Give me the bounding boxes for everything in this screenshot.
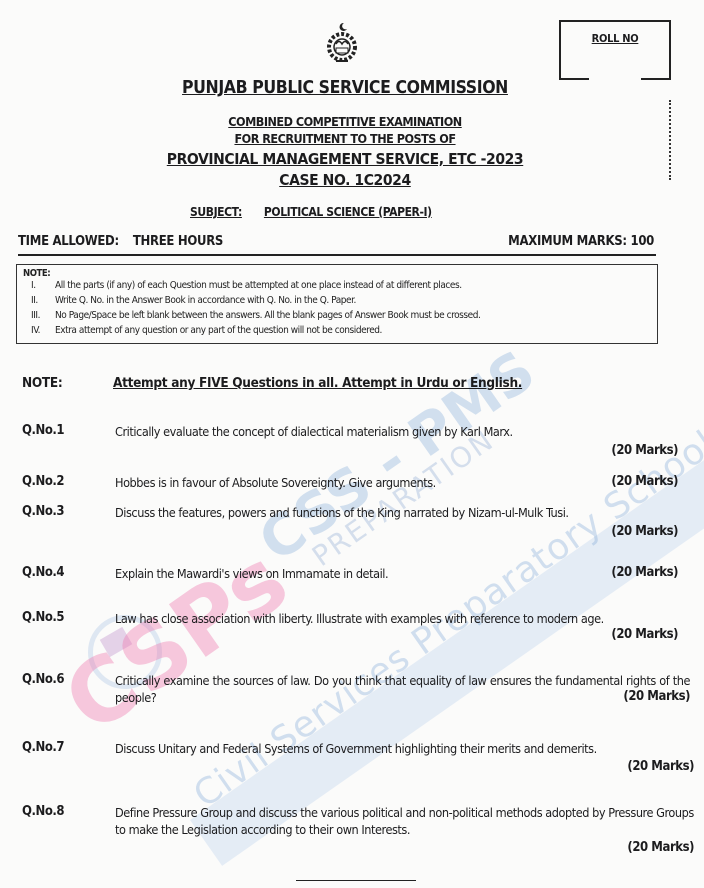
question-number: Q.No.1 bbox=[22, 423, 64, 438]
instructions-box: NOTE: I.All the parts (if any) of each Q… bbox=[16, 264, 658, 344]
question-text: Critically examine the sources of law. D… bbox=[115, 672, 690, 706]
subject-row: SUBJECT:POLITICAL SCIENCE (PAPER-I) bbox=[190, 205, 432, 219]
time-allowed-label: TIME ALLOWED: bbox=[18, 234, 119, 249]
instruction-item: IV.Extra attempt of any question or any … bbox=[31, 325, 382, 336]
question-marks: (20 Marks) bbox=[611, 443, 678, 458]
question-text: Discuss the features, powers and functio… bbox=[115, 504, 690, 521]
question-marks: (20 Marks) bbox=[627, 759, 694, 774]
question-number: Q.No.6 bbox=[22, 672, 64, 687]
subject-label: SUBJECT: bbox=[190, 205, 242, 219]
question-marks: (20 Marks) bbox=[623, 689, 690, 704]
subject-value: POLITICAL SCIENCE (PAPER-I) bbox=[264, 205, 432, 219]
question-number: Q.No.3 bbox=[22, 504, 64, 519]
question-marks: (20 Marks) bbox=[627, 840, 694, 855]
question-marks: (20 Marks) bbox=[611, 565, 678, 580]
instruction-item: I.All the parts (if any) of each Questio… bbox=[31, 280, 462, 291]
question-marks: (20 Marks) bbox=[611, 627, 678, 642]
time-marks-row: TIME ALLOWED:THREE HOURS MAXIMUM MARKS: … bbox=[18, 234, 654, 249]
exam-title-line2: FOR RECRUITMENT TO THE POSTS OF bbox=[0, 131, 690, 146]
main-note: NOTE: Attempt any FIVE Questions in all.… bbox=[22, 375, 62, 391]
main-note-text: Attempt any FIVE Questions in all. Attem… bbox=[113, 375, 522, 391]
question-text: Discuss Unitary and Federal Systems of G… bbox=[115, 740, 696, 757]
watermark-brand: CSPs bbox=[46, 528, 306, 753]
commission-title: PUNJAB PUBLIC SERVICE COMMISSION bbox=[0, 78, 690, 98]
question-marks: (20 Marks) bbox=[611, 524, 678, 539]
end-of-paper-line bbox=[296, 880, 416, 881]
question-number: Q.No.4 bbox=[22, 565, 64, 580]
time-allowed-value: THREE HOURS bbox=[133, 234, 223, 249]
main-note-label: NOTE: bbox=[22, 375, 62, 391]
instruction-item: III.No Page/Space be left blank between … bbox=[31, 310, 480, 321]
question-text: Define Pressure Group and discuss the va… bbox=[115, 804, 696, 838]
exam-title-line3: PROVINCIAL MANAGEMENT SERVICE, ETC -2023 bbox=[0, 150, 690, 168]
roll-number-label: ROLL NO bbox=[561, 32, 669, 45]
case-number: CASE NO. 1C2024 bbox=[0, 171, 690, 189]
question-text: Law has close association with liberty. … bbox=[115, 610, 682, 627]
question-number: Q.No.8 bbox=[22, 804, 64, 819]
question-text: Explain the Mawardi's views on Immamate … bbox=[115, 565, 690, 582]
exam-title-line1: COMBINED COMPETITIVE EXAMINATION bbox=[0, 114, 690, 129]
question-text: Hobbes is in favour of Absolute Sovereig… bbox=[115, 474, 690, 491]
header-divider bbox=[18, 254, 656, 256]
roll-number-box: ROLL NO bbox=[559, 20, 671, 78]
question-item: Q.No.1 Critically evaluate the concept o… bbox=[22, 423, 690, 463]
question-marks: (20 Marks) bbox=[611, 474, 678, 489]
maximum-marks: MAXIMUM MARKS: 100 bbox=[508, 234, 654, 249]
instructions-heading: NOTE: bbox=[23, 268, 50, 279]
ppsc-emblem-icon bbox=[322, 20, 362, 66]
question-text: Critically evaluate the concept of diale… bbox=[115, 423, 690, 440]
question-number: Q.No.7 bbox=[22, 740, 64, 755]
question-number: Q.No.2 bbox=[22, 474, 64, 489]
exam-paper: CSPs CSS - PMS PREPARATION Civil Service… bbox=[0, 0, 704, 888]
question-number: Q.No.5 bbox=[22, 610, 64, 625]
instruction-item: II.Write Q. No. in the Answer Book in ac… bbox=[31, 295, 356, 306]
